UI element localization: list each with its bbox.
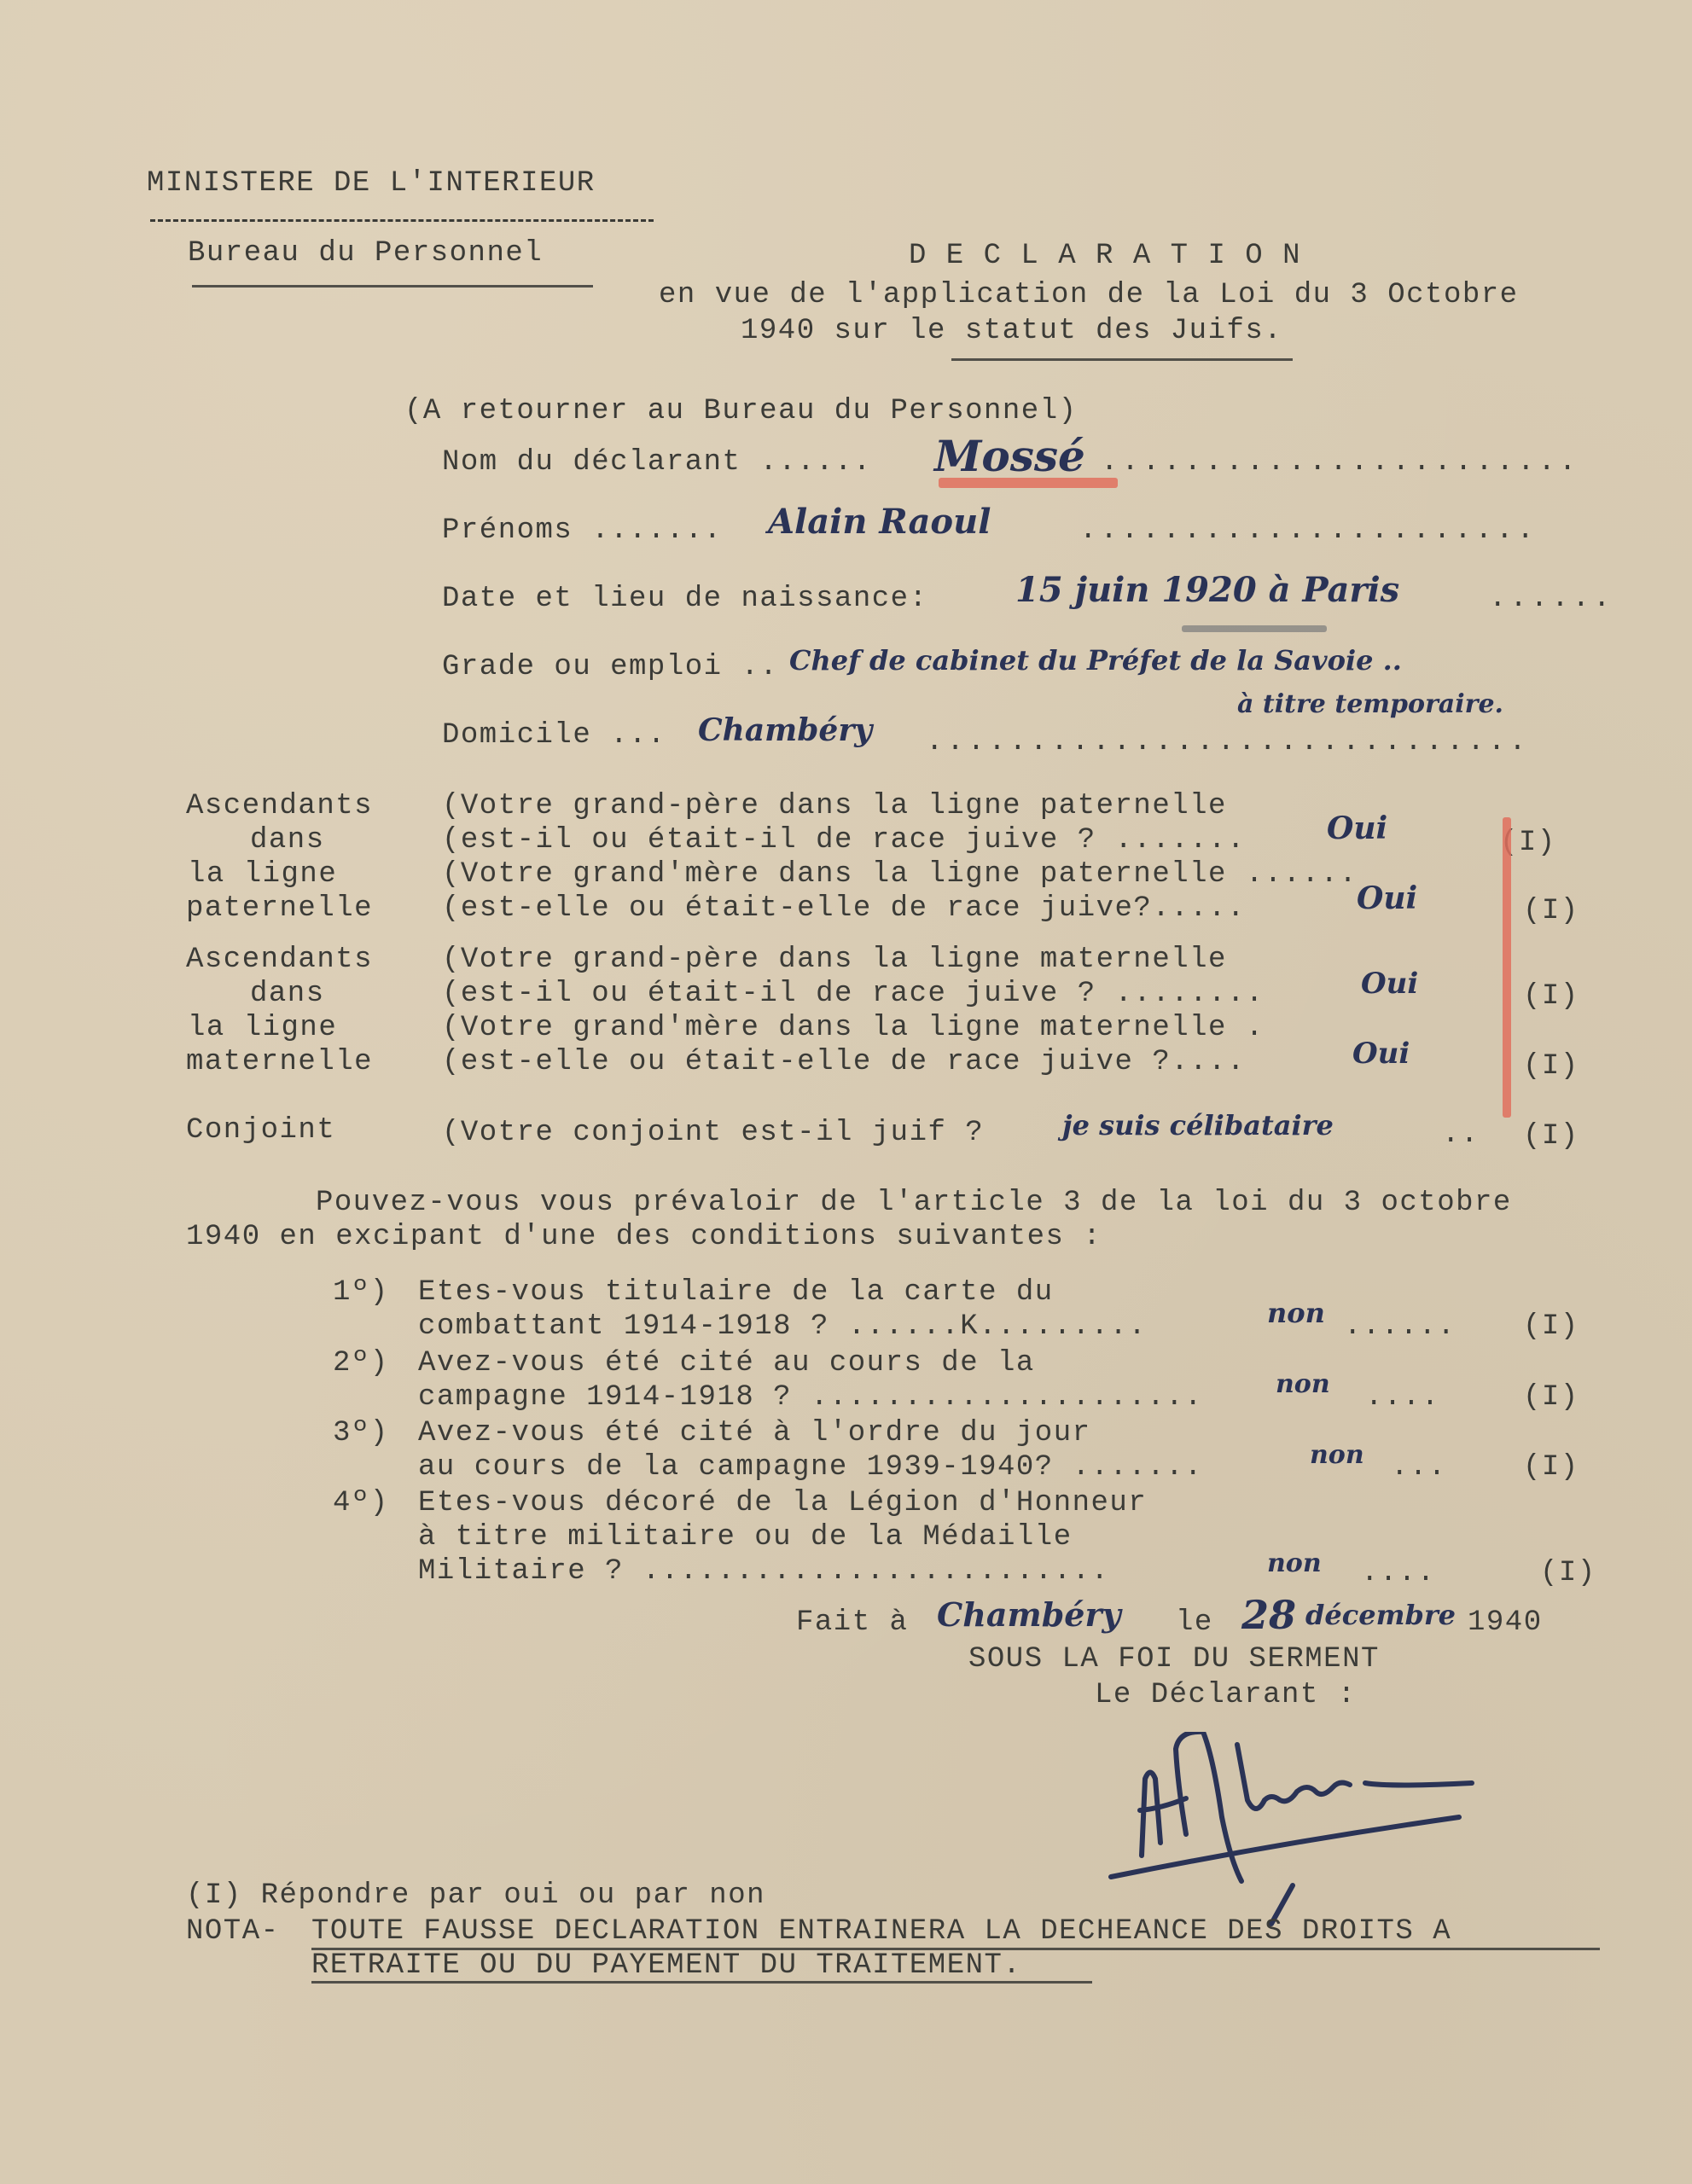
item-line: campagne 1914-1918 ? ...................… bbox=[418, 1380, 1203, 1414]
spouse-label: Conjoint bbox=[186, 1113, 335, 1147]
closing-month[interactable]: décembre bbox=[1305, 1599, 1456, 1631]
spouse-question: (Votre conjoint est-il juif ? bbox=[442, 1116, 984, 1150]
item-line: Avez-vous été cité à l'ordre du jour bbox=[418, 1416, 1091, 1450]
item-number: 2º) bbox=[333, 1346, 389, 1380]
field-name-trail: ....................... bbox=[1101, 445, 1579, 479]
spouse-answer[interactable]: je suis célibataire bbox=[1062, 1109, 1334, 1141]
field-position-label: Grade ou emploi .. bbox=[442, 650, 778, 684]
question-line: (Votre grand-père dans la ligne paternel… bbox=[442, 789, 1227, 823]
side-label-line: dans bbox=[250, 823, 325, 857]
return-note: (A retourner au Bureau du Personnel) bbox=[404, 394, 1078, 428]
answer-maternal-grandmother[interactable]: Oui bbox=[1352, 1037, 1410, 1071]
item-answer[interactable]: non bbox=[1267, 1297, 1325, 1329]
ministry-heading: MINISTERE DE L'INTERIEUR bbox=[147, 166, 596, 200]
closing-day[interactable]: 28 bbox=[1241, 1592, 1296, 1638]
footnote-instruction: (I) Répondre par oui ou par non bbox=[186, 1879, 765, 1913]
question-line: (Votre grand-père dans la ligne maternel… bbox=[442, 943, 1227, 977]
item-answer[interactable]: non bbox=[1267, 1548, 1322, 1578]
field-position-value-line2[interactable]: à titre temporaire. bbox=[1237, 689, 1503, 719]
side-label-line: Ascendants bbox=[186, 943, 373, 977]
closing-year: 1940 bbox=[1468, 1606, 1543, 1640]
item-trail: ...... bbox=[1344, 1310, 1456, 1344]
nota-line2: RETRAITE OU DU PAYEMENT DU TRAITEMENT. bbox=[311, 1949, 1021, 1983]
side-label-line: paternelle bbox=[186, 892, 373, 926]
question-line: (est-elle ou était-elle de race juive ?.… bbox=[442, 1045, 1246, 1079]
document-subtitle-line2: 1940 sur le statut des Juifs. bbox=[741, 314, 1282, 348]
question-line: (est-elle ou était-elle de race juive?..… bbox=[442, 892, 1246, 926]
field-domicile-value[interactable]: Chambéry bbox=[698, 712, 872, 748]
signature-mark bbox=[1067, 1732, 1493, 1928]
side-label-line: la ligne bbox=[188, 857, 337, 892]
nota-prefix: NOTA- bbox=[186, 1914, 280, 1949]
fait-a-label: Fait à bbox=[796, 1606, 908, 1640]
item-trail: .... bbox=[1361, 1556, 1436, 1590]
bureau-rule bbox=[192, 285, 593, 288]
footnote-ref: (I) bbox=[1523, 1450, 1579, 1484]
item-line: combattant 1914-1918 ? ......K......... bbox=[418, 1310, 1147, 1344]
grey-underline-mark bbox=[1182, 625, 1327, 632]
field-name-value[interactable]: Mossé bbox=[934, 431, 1085, 481]
spouse-trail: .. bbox=[1442, 1118, 1480, 1152]
footnote-ref: (I) bbox=[1523, 1380, 1579, 1414]
red-pencil-margin-mark bbox=[1503, 817, 1511, 1118]
item-line: au cours de la campagne 1939-1940? .....… bbox=[418, 1450, 1203, 1484]
closing-place[interactable]: Chambéry bbox=[937, 1595, 1121, 1634]
question-line: (Votre grand'mère dans la ligne maternel… bbox=[442, 1011, 1265, 1045]
side-label-line: la ligne bbox=[188, 1011, 337, 1045]
footnote-ref: (I) bbox=[1523, 894, 1579, 928]
item-line: Militaire ? ......................... bbox=[418, 1554, 1109, 1589]
document-subtitle-line1: en vue de l'application de la Loi du 3 O… bbox=[659, 278, 1519, 312]
question-line: (est-il ou était-il de race juive ? ....… bbox=[442, 977, 1265, 1011]
footnote-ref: (I) bbox=[1523, 979, 1579, 1014]
field-birth-label: Date et lieu de naissance: bbox=[442, 582, 928, 616]
item-answer[interactable]: non bbox=[1310, 1440, 1364, 1470]
footnote-ref: (I) bbox=[1540, 1556, 1596, 1590]
item-trail: ... bbox=[1391, 1450, 1447, 1484]
le-label: le bbox=[1176, 1606, 1213, 1640]
question-line: (Votre grand'mère dans la ligne paternel… bbox=[442, 857, 1358, 892]
field-first-names-label: Prénoms ....... bbox=[442, 514, 723, 548]
answer-paternal-grandfather[interactable]: Oui bbox=[1327, 810, 1387, 846]
item-number: 4º) bbox=[333, 1486, 389, 1520]
question-line: (est-il ou était-il de race juive ? ....… bbox=[442, 823, 1246, 857]
item-line: Avez-vous été cité au cours de la bbox=[418, 1346, 1035, 1380]
nota-line1: TOUTE FAUSSE DECLARATION ENTRAINERA LA D… bbox=[311, 1914, 1451, 1949]
item-answer[interactable]: non bbox=[1276, 1369, 1330, 1399]
side-label-line: maternelle bbox=[186, 1045, 373, 1079]
footnote-ref: (I) bbox=[1523, 1310, 1579, 1344]
answer-maternal-grandfather[interactable]: Oui bbox=[1361, 967, 1418, 1001]
document-title: D E C L A R A T I O N bbox=[909, 239, 1301, 273]
item-line: à titre militaire ou de la Médaille bbox=[418, 1520, 1073, 1554]
ministry-rule bbox=[150, 219, 654, 222]
field-name-label: Nom du déclarant ...... bbox=[442, 445, 872, 479]
item-line: Etes-vous décoré de la Légion d'Honneur bbox=[418, 1486, 1147, 1520]
footnote-ref: (I) bbox=[1523, 1049, 1579, 1083]
field-first-names-value[interactable]: Alain Raoul bbox=[768, 502, 991, 542]
side-label-line: Ascendants bbox=[186, 789, 373, 823]
red-underline-mark bbox=[939, 478, 1118, 488]
article3-intro-line1: Pouvez-vous vous prévaloir de l'article … bbox=[316, 1186, 1512, 1220]
field-position-value[interactable]: Chef de cabinet du Préfet de la Savoie .… bbox=[789, 644, 1402, 677]
item-line: Etes-vous titulaire de la carte du bbox=[418, 1275, 1054, 1310]
nota-underline2 bbox=[311, 1981, 1092, 1984]
oath-text: SOUS LA FOI DU SERMENT bbox=[968, 1642, 1380, 1676]
field-first-names-trail: ...................... bbox=[1079, 514, 1538, 548]
answer-paternal-grandmother[interactable]: Oui bbox=[1357, 880, 1417, 916]
footnote-ref: (I) bbox=[1523, 1119, 1579, 1153]
article3-intro-line2: 1940 en excipant d'une des conditions su… bbox=[186, 1220, 1102, 1254]
field-birth-trail: ...... bbox=[1489, 582, 1614, 616]
side-label-line: dans bbox=[250, 977, 325, 1011]
item-trail: .... bbox=[1365, 1380, 1440, 1414]
title-rule bbox=[951, 358, 1293, 361]
bureau-heading: Bureau du Personnel bbox=[188, 236, 543, 270]
field-birth-value[interactable]: 15 juin 1920 à Paris bbox=[1015, 570, 1399, 610]
item-number: 3º) bbox=[333, 1416, 389, 1450]
item-number: 1º) bbox=[333, 1275, 389, 1310]
field-domicile-label: Domicile ... bbox=[442, 718, 666, 752]
declarant-label: Le Déclarant : bbox=[1095, 1678, 1357, 1712]
field-domicile-trail: ............................. bbox=[926, 725, 1530, 759]
